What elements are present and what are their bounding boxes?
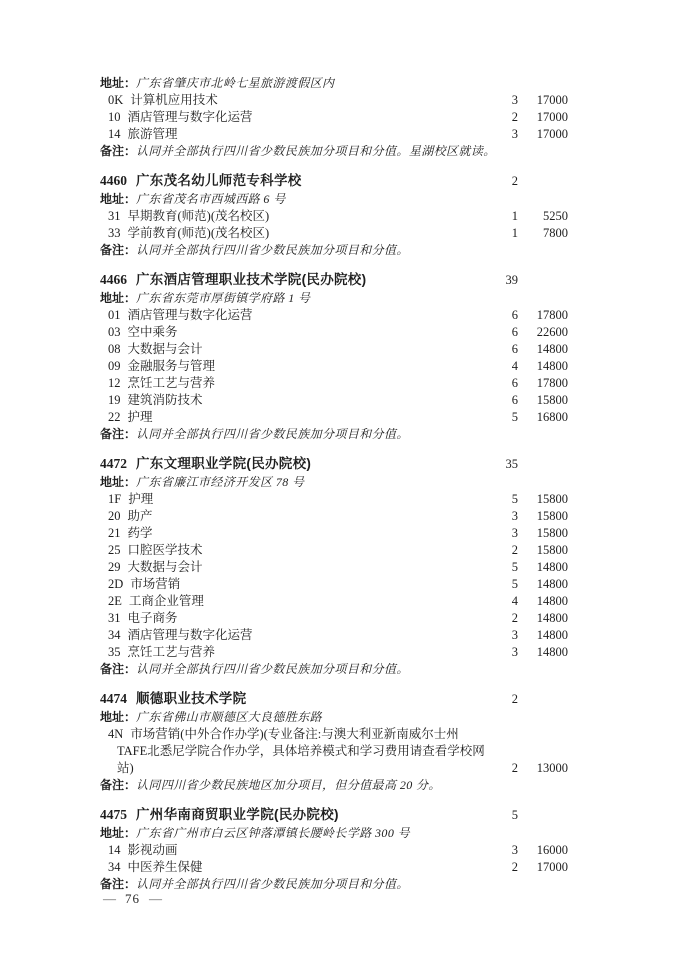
course-text: 0K计算机应用技术 bbox=[108, 92, 488, 109]
school-name: 广东茂名幼儿师范专科学校 bbox=[136, 171, 488, 190]
course-tuition-fee: 16800 bbox=[518, 409, 568, 426]
address-text: 广东省茂名市西城西路 6 号 bbox=[136, 192, 286, 206]
course-list: 31早期教育(师范)(茂名校区) 1 5250 33学前教育(师范)(茂名校区)… bbox=[100, 208, 568, 242]
course-text: 34中医养生保健 bbox=[108, 859, 488, 876]
course-plan-count: 1 bbox=[488, 225, 518, 242]
remark-text: 认同四川省少数民族地区加分项目，但分值最高 20 分。 bbox=[136, 778, 441, 792]
course-code: 09 bbox=[108, 359, 121, 373]
course-text: 25口腔医学技术 bbox=[108, 542, 488, 559]
school-header: 4474 顺德职业技术学院 2 bbox=[100, 689, 568, 709]
course-name: 中医养生保健 bbox=[128, 860, 203, 874]
address-text: 广东省肇庆市北岭七星旅游渡假区内 bbox=[136, 76, 334, 90]
course-name: 烹饪工艺与营养 bbox=[128, 376, 216, 390]
course-plan-count: 3 bbox=[488, 842, 518, 859]
course-plan-count: 3 bbox=[488, 627, 518, 644]
remark-text: 认同并全部执行四川省少数民族加分项目和分值。 bbox=[136, 243, 409, 257]
course-row: 21药学 3 15800 bbox=[100, 525, 568, 542]
course-row: 31早期教育(师范)(茂名校区) 1 5250 bbox=[100, 208, 568, 225]
address-label: 地址： bbox=[100, 291, 136, 305]
course-code: 4N bbox=[108, 727, 123, 741]
school-total-count: 35 bbox=[488, 455, 518, 474]
course-list: 0K计算机应用技术 3 17000 10酒店管理与数字化运营 2 17000 1… bbox=[100, 92, 568, 143]
course-code: 33 bbox=[108, 226, 121, 240]
course-text: 12烹饪工艺与营养 bbox=[108, 375, 488, 392]
course-row: 01酒店管理与数字化运营 6 17800 bbox=[100, 307, 568, 324]
course-text: 21药学 bbox=[108, 525, 488, 542]
course-code: 14 bbox=[108, 127, 121, 141]
course-row: 4N市场营销(中外合作办学)(专业备注:与澳大利亚新南威尔士州TAFE北悉尼学院… bbox=[100, 726, 568, 777]
course-tuition-fee: 17000 bbox=[518, 109, 568, 126]
course-name: 大数据与会计 bbox=[128, 560, 203, 574]
page-footer: — 76 — bbox=[103, 891, 162, 907]
course-text: 09金融服务与管理 bbox=[108, 358, 488, 375]
course-name: 旅游管理 bbox=[128, 127, 178, 141]
course-plan-count: 4 bbox=[488, 358, 518, 375]
school-section-4475: 4475 广州华南商贸职业学院(民办院校) 5 地址：广东省广州市白云区钟落潭镇… bbox=[100, 805, 568, 893]
school-name: 广东文理职业学院(民办院校) bbox=[136, 454, 488, 473]
course-plan-count: 2 bbox=[488, 610, 518, 627]
course-name: 影视动画 bbox=[128, 843, 178, 857]
course-row: 25口腔医学技术 2 15800 bbox=[100, 542, 568, 559]
course-code: 25 bbox=[108, 543, 121, 557]
course-row: 29大数据与会计 5 14800 bbox=[100, 559, 568, 576]
course-list: 4N市场营销(中外合作办学)(专业备注:与澳大利亚新南威尔士州TAFE北悉尼学院… bbox=[100, 726, 568, 777]
course-code: 20 bbox=[108, 509, 121, 523]
course-plan-count: 2 bbox=[488, 760, 518, 777]
course-code: 01 bbox=[108, 308, 121, 322]
course-tuition-fee: 17800 bbox=[518, 375, 568, 392]
course-plan-count: 3 bbox=[488, 126, 518, 143]
course-plan-count: 5 bbox=[488, 491, 518, 508]
course-name: 口腔医学技术 bbox=[128, 543, 203, 557]
course-row: 2E工商企业管理 4 14800 bbox=[100, 593, 568, 610]
course-name: 药学 bbox=[128, 526, 153, 540]
course-code: 0K bbox=[108, 93, 123, 107]
school-code: 4466 bbox=[100, 270, 127, 289]
course-text: 35烹饪工艺与营养 bbox=[108, 644, 488, 661]
course-tuition-fee: 15800 bbox=[518, 508, 568, 525]
address-line: 地址：广东省东莞市厚街镇学府路 1 号 bbox=[100, 290, 568, 307]
course-code: 2E bbox=[108, 594, 122, 608]
course-name: 电子商务 bbox=[128, 611, 178, 625]
course-tuition-fee: 14800 bbox=[518, 627, 568, 644]
course-code: 22 bbox=[108, 410, 121, 424]
remark-label: 备注： bbox=[100, 778, 136, 792]
page-content: 地址：广东省肇庆市北岭七星旅游渡假区内 0K计算机应用技术 3 17000 10… bbox=[100, 75, 568, 893]
school-total-count: 5 bbox=[488, 806, 518, 825]
course-plan-count: 4 bbox=[488, 593, 518, 610]
course-row: 31电子商务 2 14800 bbox=[100, 610, 568, 627]
course-code: 31 bbox=[108, 209, 121, 223]
course-row: 33学前教育(师范)(茂名校区) 1 7800 bbox=[100, 225, 568, 242]
course-code: 34 bbox=[108, 628, 121, 642]
course-name: 学前教育(师范)(茂名校区) bbox=[128, 226, 270, 240]
course-plan-count: 1 bbox=[488, 208, 518, 225]
course-text: 14影视动画 bbox=[108, 842, 488, 859]
course-plan-count: 3 bbox=[488, 525, 518, 542]
remark-line: 备注：认同并全部执行四川省少数民族加分项目和分值。 bbox=[100, 426, 568, 443]
course-code: 14 bbox=[108, 843, 121, 857]
course-row: 19建筑消防技术 6 15800 bbox=[100, 392, 568, 409]
course-name: 烹饪工艺与营养 bbox=[128, 645, 216, 659]
course-plan-count: 5 bbox=[488, 576, 518, 593]
course-tuition-fee: 14800 bbox=[518, 610, 568, 627]
course-plan-count: 6 bbox=[488, 307, 518, 324]
address-text: 广东省廉江市经济开发区 78 号 bbox=[136, 475, 304, 489]
school-total-count: 2 bbox=[488, 690, 518, 709]
course-row: 14旅游管理 3 17000 bbox=[100, 126, 568, 143]
school-code: 4472 bbox=[100, 454, 127, 473]
address-label: 地址： bbox=[100, 475, 136, 489]
course-row: 10酒店管理与数字化运营 2 17000 bbox=[100, 109, 568, 126]
course-tuition-fee: 14800 bbox=[518, 341, 568, 358]
course-plan-count: 6 bbox=[488, 375, 518, 392]
address-text: 广东省佛山市顺德区大良德胜东路 bbox=[136, 710, 322, 724]
course-plan-count: 6 bbox=[488, 392, 518, 409]
course-text: 1F护理 bbox=[108, 491, 488, 508]
course-name: 酒店管理与数字化运营 bbox=[128, 628, 253, 642]
course-text: 34酒店管理与数字化运营 bbox=[108, 627, 488, 644]
course-row: 2D市场营销 5 14800 bbox=[100, 576, 568, 593]
school-header: 4466 广东酒店管理职业技术学院(民办院校) 39 bbox=[100, 270, 568, 290]
course-name: 酒店管理与数字化运营 bbox=[128, 308, 253, 322]
school-section-4472: 4472 广东文理职业学院(民办院校) 35 地址：广东省廉江市经济开发区 78… bbox=[100, 454, 568, 678]
course-row: 22护理 5 16800 bbox=[100, 409, 568, 426]
course-tuition-fee: 15800 bbox=[518, 525, 568, 542]
remark-text: 认同并全部执行四川省少数民族加分项目和分值。 bbox=[136, 662, 409, 676]
course-tuition-fee: 15800 bbox=[518, 542, 568, 559]
remark-label: 备注： bbox=[100, 662, 136, 676]
course-tuition-fee: 14800 bbox=[518, 358, 568, 375]
course-name: 工商企业管理 bbox=[129, 594, 204, 608]
course-code: 34 bbox=[108, 860, 121, 874]
course-list: 01酒店管理与数字化运营 6 17800 03空中乘务 6 22600 08大数… bbox=[100, 307, 568, 426]
remark-line: 备注：认同并全部执行四川省少数民族加分项目和分值。 bbox=[100, 876, 568, 893]
school-section-continued: 地址：广东省肇庆市北岭七星旅游渡假区内 0K计算机应用技术 3 17000 10… bbox=[100, 75, 568, 160]
course-code: 03 bbox=[108, 325, 121, 339]
school-total-count: 39 bbox=[488, 271, 518, 290]
course-code: 2D bbox=[108, 577, 123, 591]
course-code: 19 bbox=[108, 393, 121, 407]
course-name: 大数据与会计 bbox=[128, 342, 203, 356]
page-number: 76 bbox=[125, 891, 140, 907]
address-label: 地址： bbox=[100, 76, 136, 90]
course-code: 1F bbox=[108, 492, 121, 506]
document-page: 地址：广东省肇庆市北岭七星旅游渡假区内 0K计算机应用技术 3 17000 10… bbox=[0, 0, 680, 961]
course-text: 2D市场营销 bbox=[108, 576, 488, 593]
course-text: 03空中乘务 bbox=[108, 324, 488, 341]
course-name: 空中乘务 bbox=[128, 325, 178, 339]
school-section-4466: 4466 广东酒店管理职业技术学院(民办院校) 39 地址：广东省东莞市厚街镇学… bbox=[100, 270, 568, 443]
address-text: 广东省广州市白云区钟落潭镇长腰岭长学路 300 号 bbox=[136, 826, 410, 840]
course-plan-count: 5 bbox=[488, 559, 518, 576]
remark-label: 备注： bbox=[100, 144, 136, 158]
course-row: 34酒店管理与数字化运营 3 14800 bbox=[100, 627, 568, 644]
school-header: 4472 广东文理职业学院(民办院校) 35 bbox=[100, 454, 568, 474]
address-line: 地址：广东省佛山市顺德区大良德胜东路 bbox=[100, 709, 568, 726]
remark-line: 备注：认同四川省少数民族地区加分项目，但分值最高 20 分。 bbox=[100, 777, 568, 794]
course-plan-count: 2 bbox=[488, 109, 518, 126]
school-name: 顺德职业技术学院 bbox=[136, 689, 488, 708]
remark-line: 备注：认同并全部执行四川省少数民族加分项目和分值。星湖校区就读。 bbox=[100, 143, 568, 160]
course-tuition-fee: 15800 bbox=[518, 392, 568, 409]
course-text: 01酒店管理与数字化运营 bbox=[108, 307, 488, 324]
remark-line: 备注：认同并全部执行四川省少数民族加分项目和分值。 bbox=[100, 661, 568, 678]
address-label: 地址： bbox=[100, 710, 136, 724]
school-total-count: 2 bbox=[488, 172, 518, 191]
remark-label: 备注： bbox=[100, 427, 136, 441]
course-plan-count: 3 bbox=[488, 508, 518, 525]
course-code: 08 bbox=[108, 342, 121, 356]
remark-label: 备注： bbox=[100, 243, 136, 257]
course-name: 酒店管理与数字化运营 bbox=[128, 110, 253, 124]
course-row: 0K计算机应用技术 3 17000 bbox=[100, 92, 568, 109]
course-text: 08大数据与会计 bbox=[108, 341, 488, 358]
course-tuition-fee: 7800 bbox=[518, 225, 568, 242]
course-tuition-fee: 14800 bbox=[518, 644, 568, 661]
course-name: 助产 bbox=[128, 509, 153, 523]
address-line: 地址：广东省广州市白云区钟落潭镇长腰岭长学路 300 号 bbox=[100, 825, 568, 842]
course-text: 2E工商企业管理 bbox=[108, 593, 488, 610]
course-plan-count: 6 bbox=[488, 341, 518, 358]
remark-label: 备注： bbox=[100, 877, 136, 891]
course-text: 31电子商务 bbox=[108, 610, 488, 627]
course-row: 14影视动画 3 16000 bbox=[100, 842, 568, 859]
course-name: 护理 bbox=[128, 492, 153, 506]
footer-dash-left: — bbox=[103, 891, 116, 907]
course-list: 14影视动画 3 16000 34中医养生保健 2 17000 bbox=[100, 842, 568, 876]
course-name: 市场营销(中外合作办学)(专业备注:与澳大利亚新南威尔士州TAFE北悉尼学院合作… bbox=[117, 727, 485, 775]
course-plan-count: 2 bbox=[488, 542, 518, 559]
course-tuition-fee: 15800 bbox=[518, 491, 568, 508]
school-code: 4460 bbox=[100, 171, 127, 190]
course-plan-count: 6 bbox=[488, 324, 518, 341]
course-row: 08大数据与会计 6 14800 bbox=[100, 341, 568, 358]
course-plan-count: 2 bbox=[488, 859, 518, 876]
course-name: 早期教育(师范)(茂名校区) bbox=[128, 209, 270, 223]
address-line: 地址：广东省茂名市西城西路 6 号 bbox=[100, 191, 568, 208]
course-plan-count: 3 bbox=[488, 92, 518, 109]
course-code: 35 bbox=[108, 645, 121, 659]
school-name: 广州华南商贸职业学院(民办院校) bbox=[136, 805, 488, 824]
course-row: 12烹饪工艺与营养 6 17800 bbox=[100, 375, 568, 392]
course-text: 31早期教育(师范)(茂名校区) bbox=[108, 208, 488, 225]
course-text: 19建筑消防技术 bbox=[108, 392, 488, 409]
course-tuition-fee: 17000 bbox=[518, 126, 568, 143]
school-name: 广东酒店管理职业技术学院(民办院校) bbox=[136, 270, 488, 289]
course-tuition-fee: 5250 bbox=[518, 208, 568, 225]
school-code: 4475 bbox=[100, 805, 127, 824]
course-code: 29 bbox=[108, 560, 121, 574]
footer-dash-right: — bbox=[149, 891, 162, 907]
course-tuition-fee: 17000 bbox=[518, 859, 568, 876]
course-tuition-fee: 14800 bbox=[518, 559, 568, 576]
course-tuition-fee: 14800 bbox=[518, 593, 568, 610]
course-name: 护理 bbox=[128, 410, 153, 424]
school-code: 4474 bbox=[100, 689, 127, 708]
address-line: 地址：广东省肇庆市北岭七星旅游渡假区内 bbox=[100, 75, 568, 92]
school-section-4460: 4460 广东茂名幼儿师范专科学校 2 地址：广东省茂名市西城西路 6 号 31… bbox=[100, 171, 568, 259]
course-text: 4N市场营销(中外合作办学)(专业备注:与澳大利亚新南威尔士州TAFE北悉尼学院… bbox=[108, 726, 488, 777]
course-row: 35烹饪工艺与营养 3 14800 bbox=[100, 644, 568, 661]
course-list: 1F护理 5 15800 20助产 3 15800 21药学 3 15800 bbox=[100, 491, 568, 661]
course-name: 计算机应用技术 bbox=[130, 93, 218, 107]
course-text: 22护理 bbox=[108, 409, 488, 426]
course-code: 10 bbox=[108, 110, 121, 124]
course-code: 31 bbox=[108, 611, 121, 625]
course-plan-count: 3 bbox=[488, 644, 518, 661]
course-row: 03空中乘务 6 22600 bbox=[100, 324, 568, 341]
school-section-4474: 4474 顺德职业技术学院 2 地址：广东省佛山市顺德区大良德胜东路 4N市场营… bbox=[100, 689, 568, 794]
remark-text: 认同并全部执行四川省少数民族加分项目和分值。 bbox=[136, 877, 409, 891]
course-text: 33学前教育(师范)(茂名校区) bbox=[108, 225, 488, 242]
school-header: 4475 广州华南商贸职业学院(民办院校) 5 bbox=[100, 805, 568, 825]
course-name: 市场营销 bbox=[130, 577, 180, 591]
course-plan-count: 5 bbox=[488, 409, 518, 426]
course-text: 14旅游管理 bbox=[108, 126, 488, 143]
course-code: 12 bbox=[108, 376, 121, 390]
course-tuition-fee: 14800 bbox=[518, 576, 568, 593]
course-row: 20助产 3 15800 bbox=[100, 508, 568, 525]
remark-text: 认同并全部执行四川省少数民族加分项目和分值。星湖校区就读。 bbox=[136, 144, 496, 158]
course-name: 金融服务与管理 bbox=[128, 359, 216, 373]
address-label: 地址： bbox=[100, 826, 136, 840]
course-tuition-fee: 17800 bbox=[518, 307, 568, 324]
course-text: 10酒店管理与数字化运营 bbox=[108, 109, 488, 126]
school-header: 4460 广东茂名幼儿师范专科学校 2 bbox=[100, 171, 568, 191]
course-code: 21 bbox=[108, 526, 121, 540]
course-row: 34中医养生保健 2 17000 bbox=[100, 859, 568, 876]
address-label: 地址： bbox=[100, 192, 136, 206]
course-tuition-fee: 17000 bbox=[518, 92, 568, 109]
course-name: 建筑消防技术 bbox=[128, 393, 203, 407]
course-text: 20助产 bbox=[108, 508, 488, 525]
course-tuition-fee: 22600 bbox=[518, 324, 568, 341]
course-tuition-fee: 16000 bbox=[518, 842, 568, 859]
remark-line: 备注：认同并全部执行四川省少数民族加分项目和分值。 bbox=[100, 242, 568, 259]
course-row: 1F护理 5 15800 bbox=[100, 491, 568, 508]
address-text: 广东省东莞市厚街镇学府路 1 号 bbox=[136, 291, 310, 305]
remark-text: 认同并全部执行四川省少数民族加分项目和分值。 bbox=[136, 427, 409, 441]
address-line: 地址：广东省廉江市经济开发区 78 号 bbox=[100, 474, 568, 491]
course-text: 29大数据与会计 bbox=[108, 559, 488, 576]
course-row: 09金融服务与管理 4 14800 bbox=[100, 358, 568, 375]
course-tuition-fee: 13000 bbox=[518, 760, 568, 777]
